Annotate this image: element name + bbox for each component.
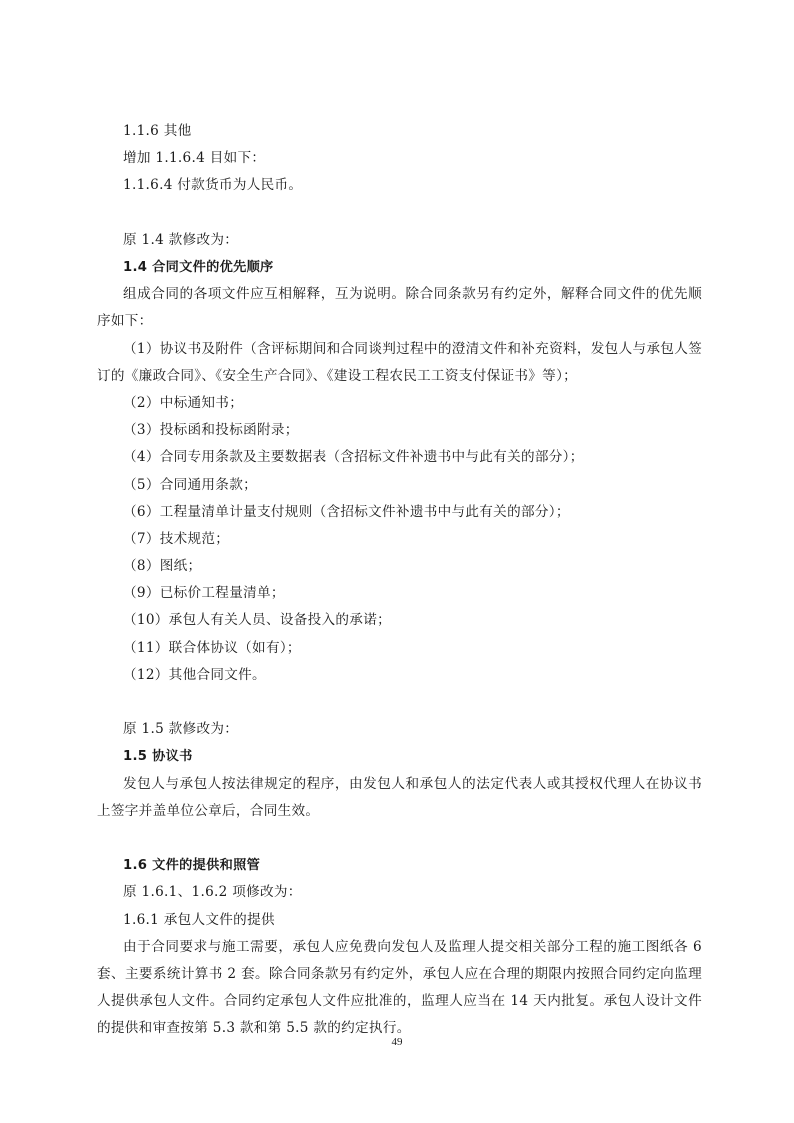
list-item: （12）其他合同文件。 xyxy=(97,662,702,689)
list-item: （11）联合体协议（如有）； xyxy=(97,635,702,662)
page-number: 49 xyxy=(0,1036,794,1048)
spacer xyxy=(97,689,702,716)
sub-heading-1-6-1: 1.6.1 承包人文件的提供 xyxy=(97,907,702,934)
section-1-4-intro: 组成合同的各项文件应互相解释，互为说明。除合同条款另有约定外，解释合同文件的优先… xyxy=(97,281,702,335)
list-item: （2）中标通知书； xyxy=(97,390,702,417)
amend-line-1-5: 原 1.5 款修改为： xyxy=(97,716,702,743)
add-clause-line: 增加 1.1.6.4 目如下： xyxy=(97,145,702,172)
list-item: （8）图纸； xyxy=(97,553,702,580)
section-heading-1-1-6: 1.1.6 其他 xyxy=(97,118,702,145)
list-item: （1）协议书及附件（含评标期间和合同谈判过程中的澄清文件和补充资料，发包人与承包… xyxy=(97,336,702,390)
section-1-6-1-body: 由于合同要求与施工需要，承包人应免费向发包人及监理人提交相关部分工程的施工图纸各… xyxy=(97,934,702,1043)
spacer xyxy=(97,200,702,227)
section-heading-1-6: 1.6 文件的提供和照管 xyxy=(97,852,702,879)
amend-line-1-4: 原 1.4 款修改为： xyxy=(97,227,702,254)
section-heading-1-4: 1.4 合同文件的优先顺序 xyxy=(97,254,702,281)
list-item: （4）合同专用条款及主要数据表（含招标文件补遗书中与此有关的部分）； xyxy=(97,444,702,471)
list-item: （5）合同通用条款； xyxy=(97,472,702,499)
list-item: （9）已标价工程量清单； xyxy=(97,580,702,607)
priority-list: （1）协议书及附件（含评标期间和合同谈判过程中的澄清文件和补充资料，发包人与承包… xyxy=(97,336,702,689)
section-heading-1-5: 1.5 协议书 xyxy=(97,743,702,770)
clause-1-1-6-4: 1.1.6.4 付款货币为人民币。 xyxy=(97,172,702,199)
list-item: （10）承包人有关人员、设备投入的承诺； xyxy=(97,607,702,634)
document-page: 1.1.6 其他 增加 1.1.6.4 目如下： 1.1.6.4 付款货币为人民… xyxy=(97,118,702,1043)
list-item: （6）工程量清单计量支付规则（含招标文件补遗书中与此有关的部分）； xyxy=(97,499,702,526)
list-item: （3）投标函和投标函附录； xyxy=(97,417,702,444)
spacer xyxy=(97,825,702,852)
list-item: （7）技术规范； xyxy=(97,526,702,553)
section-1-5-body: 发包人与承包人按法律规定的程序，由发包人和承包人的法定代表人或其授权代理人在协议… xyxy=(97,771,702,825)
amend-line-1-6: 原 1.6.1、1.6.2 项修改为： xyxy=(97,879,702,906)
